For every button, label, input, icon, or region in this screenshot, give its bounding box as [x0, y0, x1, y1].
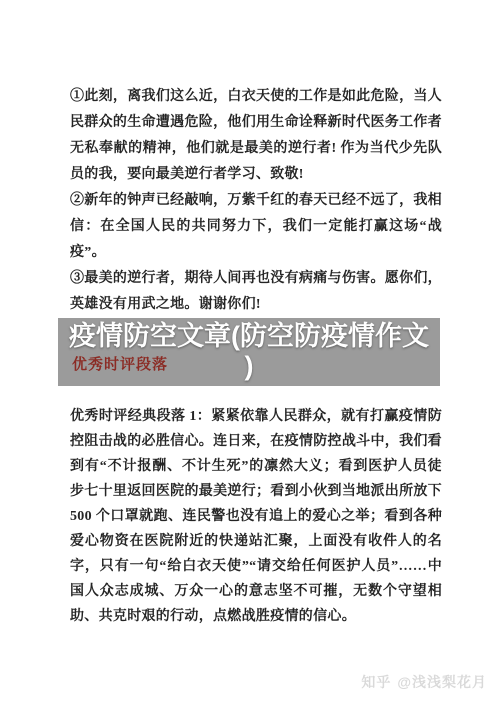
title-overlay-band: 疫情防空文章(防空防疫情作文 ) 优秀时评段落 [58, 318, 440, 386]
zhihu-logo-text: 知乎 [361, 674, 391, 690]
paragraph-main: 优秀时评经典段落 1：紧紧依靠人民群众，就有打赢疫情防控阻击战的必胜信心。连日来… [70, 404, 442, 629]
section-label: 优秀时评段落 [72, 353, 168, 374]
document-page: ①此刻，离我们这么近，白衣天使的工作是如此危险，当人民群众的生命遭遇危险，他们用… [0, 0, 500, 705]
watermark-handle: @浅浅梨花月 [397, 674, 487, 690]
article-title-line1: 疫情防空文章(防空防疫情作文 [58, 318, 440, 351]
zhihu-watermark: 知乎@浅浅梨花月 [361, 672, 487, 692]
paragraph-3: ③最美的逆行者，期待人间再也没有病痛与伤害。愿你们，英雄没有用武之地。谢谢你们! [70, 266, 442, 318]
paragraph-1: ①此刻，离我们这么近，白衣天使的工作是如此危险，当人民群众的生命遭遇危险，他们用… [70, 84, 442, 188]
paragraph-2: ②新年的钟声已经敲响，万紫千红的春天已经不远了，我相信：在全国人民的共同努力下，… [70, 188, 442, 266]
article-body-top: ①此刻，离我们这么近，白衣天使的工作是如此危险，当人民群众的生命遭遇危险，他们用… [70, 84, 442, 318]
article-body-main: 优秀时评经典段落 1：紧紧依靠人民群众，就有打赢疫情防控阻击战的必胜信心。连日来… [70, 404, 442, 629]
